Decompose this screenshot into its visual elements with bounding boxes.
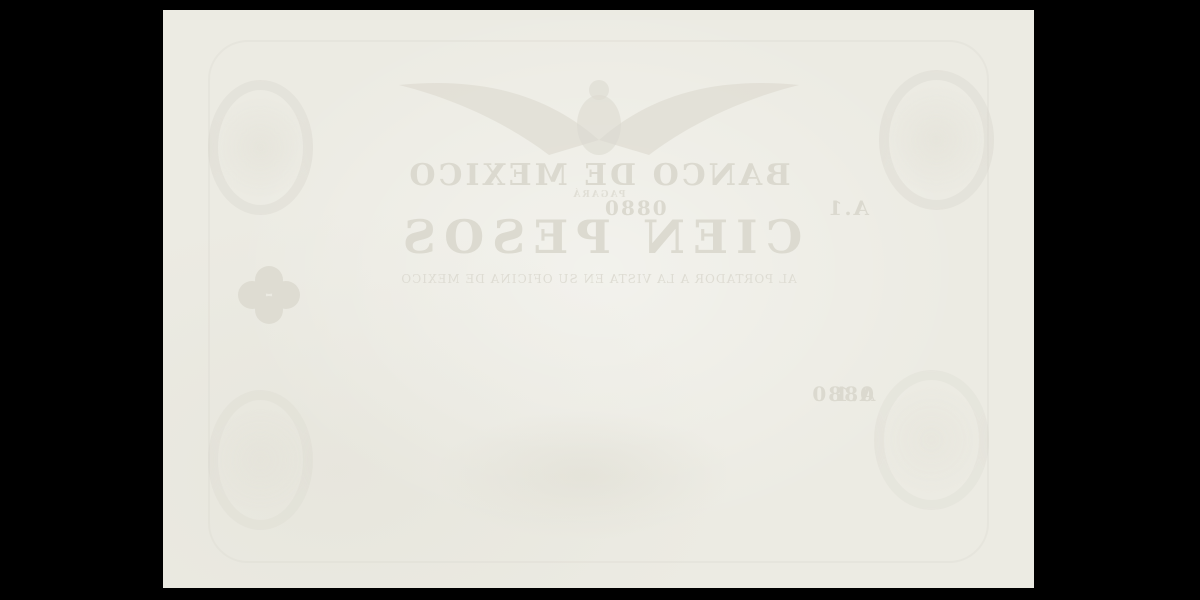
quatrefoil-rosette-icon [234, 265, 304, 325]
payable-label: PAGARÁ [163, 190, 1034, 200]
banknote: BANCO DE MEXICO PAGARÁ A.1 0880 CIEN PES… [163, 10, 1034, 588]
serial-number-bottom: 0880 [810, 382, 874, 406]
eagle-emblem-icon [379, 45, 819, 165]
bank-name: BANCO DE MEXICO [163, 158, 1034, 193]
denomination-text: CIEN PESOS [163, 210, 1034, 264]
image-stage: BANCO DE MEXICO PAGARÁ A.1 0880 CIEN PES… [0, 0, 1200, 600]
lower-vignette [434, 410, 734, 540]
show-through-layer: BANCO DE MEXICO PAGARÁ A.1 0880 CIEN PES… [163, 10, 1034, 588]
promise-text: AL PORTADOR A LA VISTA EN SU OFICINA DE … [333, 272, 864, 286]
medallion-right-lower-icon [208, 390, 313, 530]
medallion-left-lower-icon [874, 370, 989, 510]
